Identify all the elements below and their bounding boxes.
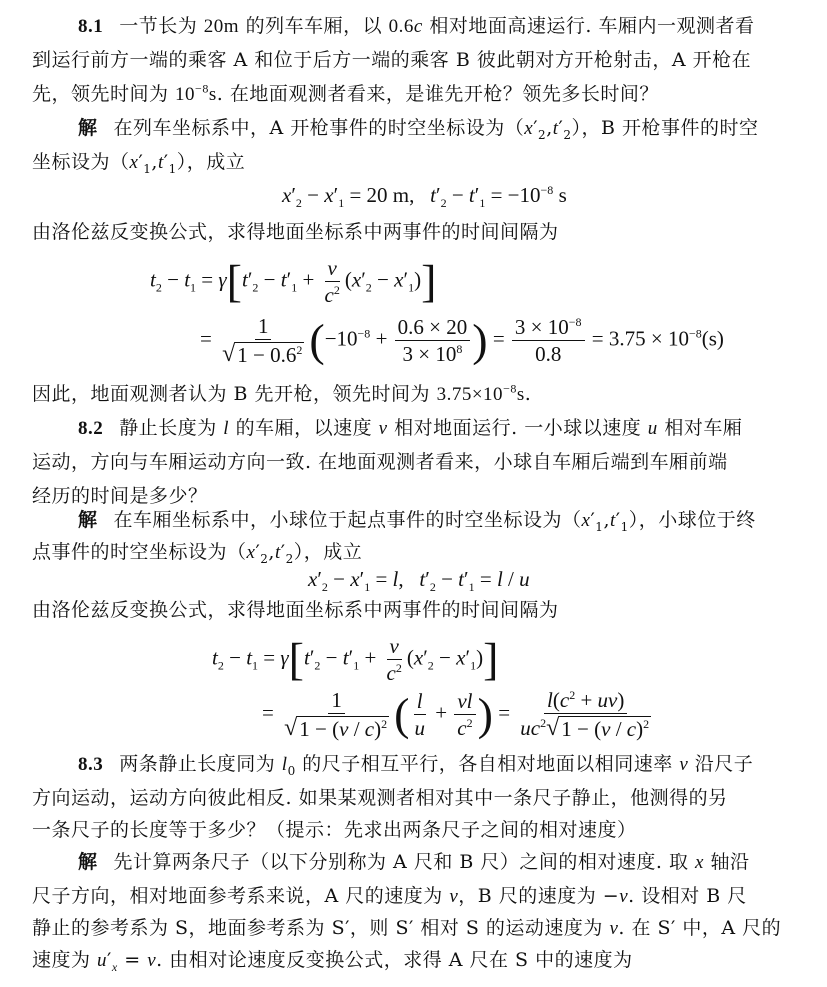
problem-8-1-statement-line-2: 到运行前方一端的乘客 A 和位于后方一端的乘客 B 彼此朝对方开枪射击，A 开枪… (32, 48, 751, 72)
equation-8-1-given: x′2 − x′1 = 20 m, t′2 − t′1 = −10−8 s (282, 182, 567, 208)
problem-8-1-conclusion: 因此，地面观测者认为 B 先开枪，领先时间为 3.75×10−8s. (32, 382, 531, 407)
problem-8-3-solution-line-4: 速度为 u′x = v. 由相对论速度反变换公式，求得 A 尺在 S 中的速度为 (32, 948, 633, 973)
problem-8-1-statement-line-3: 先，领先时间为 10−8s. 在地面观测者看来，是谁先开枪？领先多长时间？ (32, 82, 659, 107)
problem-8-2-statement-line-2: 运动，方向与车厢运动方向一致. 在地面观测者看来，小球自车厢后端到车厢前端 (32, 450, 728, 474)
problem-8-2-solution-line-3: 由洛伦兹反变换公式，求得地面坐标系中两事件的时间间隔为 (32, 598, 559, 622)
problem-number: 8.2 (78, 418, 103, 439)
problem-8-1-solution-line-3: 由洛伦兹反变换公式，求得地面坐标系中两事件的时间间隔为 (32, 220, 559, 244)
problem-8-1-solution-line-2: 坐标设为（x′1,t′1），成立 (32, 150, 245, 175)
problem-number: 8.1 (78, 16, 103, 37)
equation-8-2-given: x′2 − x′1 = l, t′2 − t′1 = l / u (308, 566, 530, 592)
problem-8-3-solution-line-1: 解先计算两条尺子（以下分别称为 A 尺和 B 尺）之间的相对速度. 取 x 轴沿 (78, 850, 749, 875)
problem-8-3-solution-line-2: 尺子方向，相对地面参考系来说，A 尺的速度为 v，B 尺的速度为 −v. 设相对… (32, 884, 747, 909)
solution-label: 解 (78, 510, 98, 531)
problem-8-3-statement-line-3: 一条尺子的长度等于多少？（提示：先求出两条尺子之间的相对速度） (32, 818, 637, 842)
problem-8-3-statement-line-2: 方向运动，运动方向彼此相反. 如果某观测者相对其中一条尺子静止，他测得的另 (32, 786, 728, 810)
problem-8-3-statement-line-1: 8.3两条静止长度同为 l0 的尺子相互平行，各自相对地面以相同速率 v 沿尺子 (78, 752, 753, 777)
problem-8-1-solution-line-1: 解在列车坐标系中，A 开枪事件的时空坐标设为（x′2,t′2），B 开枪事件的时… (78, 116, 759, 141)
equation-8-1-result: = 1√1 − 0.62(−10−8 + 0.6 × 203 × 108) = … (200, 314, 724, 367)
problem-8-2-statement-line-3: 经历的时间是多少？ (32, 484, 208, 508)
problem-8-3-solution-line-3: 静止的参考系为 S，地面参考系为 S′，则 S′ 相对 S 的运动速度为 v. … (32, 916, 781, 941)
problem-number: 8.3 (78, 754, 103, 775)
equation-8-1-lorentz: t2 − t1 = γ[t′2 − t′1 + vc2(x′2 − x′1)] (150, 256, 436, 307)
problem-8-1-statement-line-1: 8.1一节长为 20m 的列车车厢，以 0.6c 相对地面高速运行. 车厢内一观… (78, 14, 754, 39)
problem-8-2-statement-line-1: 8.2静止长度为 l 的车厢，以速度 v 相对地面运行. 一小球以速度 u 相对… (78, 416, 742, 441)
equation-8-2-result: = 1√1 − (v / c)2(lu + vlc2) = l(c2 + uv)… (262, 688, 656, 741)
problem-8-2-solution-line-1: 解在车厢坐标系中，小球位于起点事件的时空坐标设为（x′1,t′1），小球位于终 (78, 508, 756, 533)
problem-8-2-solution-line-2: 点事件的时空坐标设为（x′2,t′2），成立 (32, 540, 362, 565)
equation-8-2-lorentz: t2 − t1 = γ[t′2 − t′1 + vc2(x′2 − x′1)] (212, 634, 498, 685)
solution-label: 解 (78, 118, 98, 139)
solution-label: 解 (78, 852, 98, 873)
